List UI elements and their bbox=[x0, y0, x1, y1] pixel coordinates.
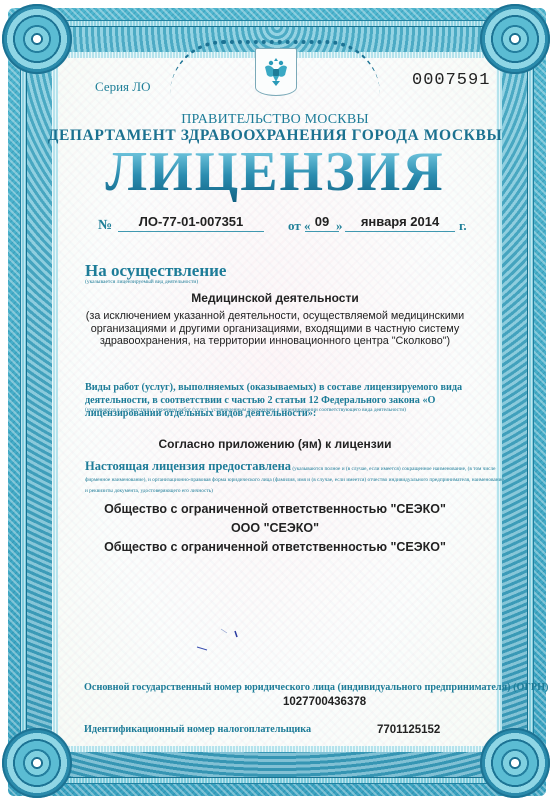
works-value: Согласно приложению (ям) к лицензии bbox=[0, 437, 550, 451]
corner-rosette-icon bbox=[480, 4, 550, 74]
number-sign-label: № bbox=[98, 218, 112, 234]
date-quote-close: » bbox=[336, 218, 343, 234]
licensee-firm-name: Общество с ограниченной ответственностью… bbox=[0, 540, 550, 554]
document-title: ЛИЦЕНЗИЯ bbox=[0, 140, 550, 204]
activity-label: На осуществление bbox=[85, 261, 226, 281]
works-note: (указываются в соответствии с перечнем р… bbox=[85, 407, 495, 413]
signature-mark-icon bbox=[195, 625, 255, 655]
coat-of-arms-icon bbox=[255, 48, 297, 96]
license-certificate: Серия ЛО 0007591 ПРАВИТЕЛЬСТВО МОСКВЫ ДЕ… bbox=[0, 0, 550, 800]
inn-value: 7701125152 bbox=[377, 724, 440, 736]
corner-rosette-icon bbox=[480, 728, 550, 798]
number-underline bbox=[118, 231, 264, 232]
ogrn-value: 1027700436378 bbox=[283, 696, 366, 708]
series-label: Серия ЛО bbox=[95, 79, 151, 95]
corner-rosette-icon bbox=[2, 728, 72, 798]
license-number: ЛО-77-01-007351 bbox=[118, 214, 264, 229]
month-underline bbox=[345, 231, 455, 232]
year-suffix: г. bbox=[459, 218, 467, 234]
licensee-label: Настоящая лицензия предоставлена bbox=[85, 459, 291, 473]
blank-number: 0007591 bbox=[412, 71, 490, 90]
licensee-short-name: ООО "СЕЭКО" bbox=[0, 521, 550, 535]
government-name: ПРАВИТЕЛЬСТВО МОСКВЫ bbox=[0, 112, 550, 128]
corner-rosette-icon bbox=[2, 4, 72, 74]
works-label: Виды работ (услуг), выполняемых (оказыва… bbox=[85, 381, 495, 420]
licensee-full-name: Общество с ограниченной ответственностью… bbox=[0, 502, 550, 516]
day-underline bbox=[305, 231, 339, 232]
license-day: 09 bbox=[305, 214, 339, 229]
ogrn-label: Основной государственный номер юридическ… bbox=[84, 682, 548, 693]
licensee-label-block: Настоящая лицензия предоставлена (указыв… bbox=[85, 461, 505, 497]
inn-label: Идентификационный номер налогоплательщик… bbox=[84, 724, 311, 735]
activity-value: Медицинской деятельности bbox=[0, 291, 550, 305]
activity-label-note: (указывается лицензируемый вид деятельно… bbox=[85, 279, 198, 285]
activity-exclusion: (за исключением указанной деятельности, … bbox=[75, 310, 475, 348]
license-month-year: января 2014 bbox=[345, 214, 455, 229]
